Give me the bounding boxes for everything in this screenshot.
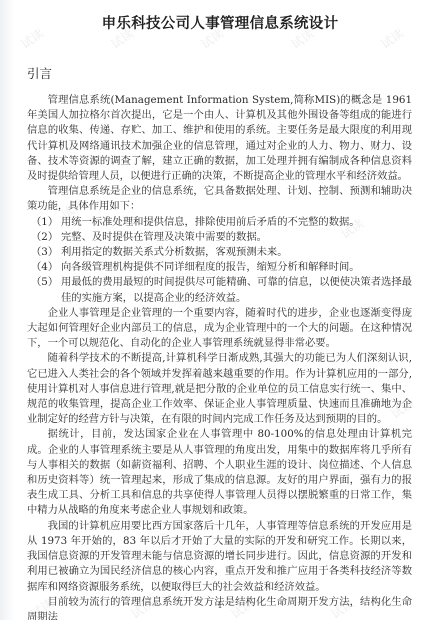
- paragraph: 随着科学技术的不断提高,计算机科学日渐成熟,其强大的功能已为人们深刻认识,它已进…: [27, 351, 412, 427]
- list-item: （3） 利用指定的数据关系式分析数据，客观预测未来。: [27, 245, 412, 260]
- list-text: 用统一标准处理和提供信息，排除使用前后矛盾的不完整的数据。: [61, 215, 412, 230]
- list-text: 完整、及时提供在管理及决策中需要的数据。: [61, 230, 412, 245]
- paragraph: 管理信息系统(Management Information System,简称M…: [27, 93, 412, 184]
- list-text: 用最低的费用最短的时间提供尽可能精确、可靠的信息，以便使决策者选择最佳的实施方案…: [61, 275, 412, 305]
- list-number: （4）: [27, 260, 61, 275]
- list-number: （2）: [27, 230, 61, 245]
- list-number: （3）: [27, 245, 61, 260]
- list-text: 向各级管理机构提供不同详细程度的报告，缩短分析和解释时间。: [61, 260, 412, 275]
- page-number: 1: [0, 601, 440, 610]
- document-body: 管理信息系统(Management Information System,简称M…: [27, 93, 412, 620]
- paragraph: 管理信息系统是企业的信息系统，它具备数据处理、计划、控制、预测和辅助决策功能，具…: [27, 184, 412, 214]
- list-text: 利用指定的数据关系式分析数据，客观预测未来。: [61, 245, 412, 260]
- list-item: （5） 用最低的费用最短的时间提供尽可能精确、可靠的信息，以便使决策者选择最佳的…: [27, 275, 412, 305]
- paragraph: 我国的计算机应用要比西方国家落后十几年，人事管理等信息系统的开发应用是从 197…: [27, 519, 412, 595]
- section-heading: 引言: [27, 64, 52, 82]
- list-item: （4） 向各级管理机构提供不同详细程度的报告，缩短分析和解释时间。: [27, 260, 412, 275]
- document-page: 试读 试读 试读 试读 试读 试读 试读 试读 试读 试读 试读 试读 申乐科技…: [0, 0, 440, 620]
- list-item: （1） 用统一标准处理和提供信息，排除使用前后矛盾的不完整的数据。: [27, 215, 412, 230]
- paragraph: 企业人事管理是企业管理的一个重要内容，随着时代的进步，企业也逐渐变得庞大起如何管…: [27, 306, 412, 352]
- list-number: （1）: [27, 215, 61, 230]
- list-item: （2） 完整、及时提供在管理及决策中需要的数据。: [27, 230, 412, 245]
- list-number: （5）: [27, 275, 61, 305]
- document-title: 申乐科技公司人事管理信息系统设计: [0, 12, 440, 33]
- paragraph: 据统计，目前，发达国家企业在人事管理中 80-100%的信息处理由计算机完成。企…: [27, 427, 412, 518]
